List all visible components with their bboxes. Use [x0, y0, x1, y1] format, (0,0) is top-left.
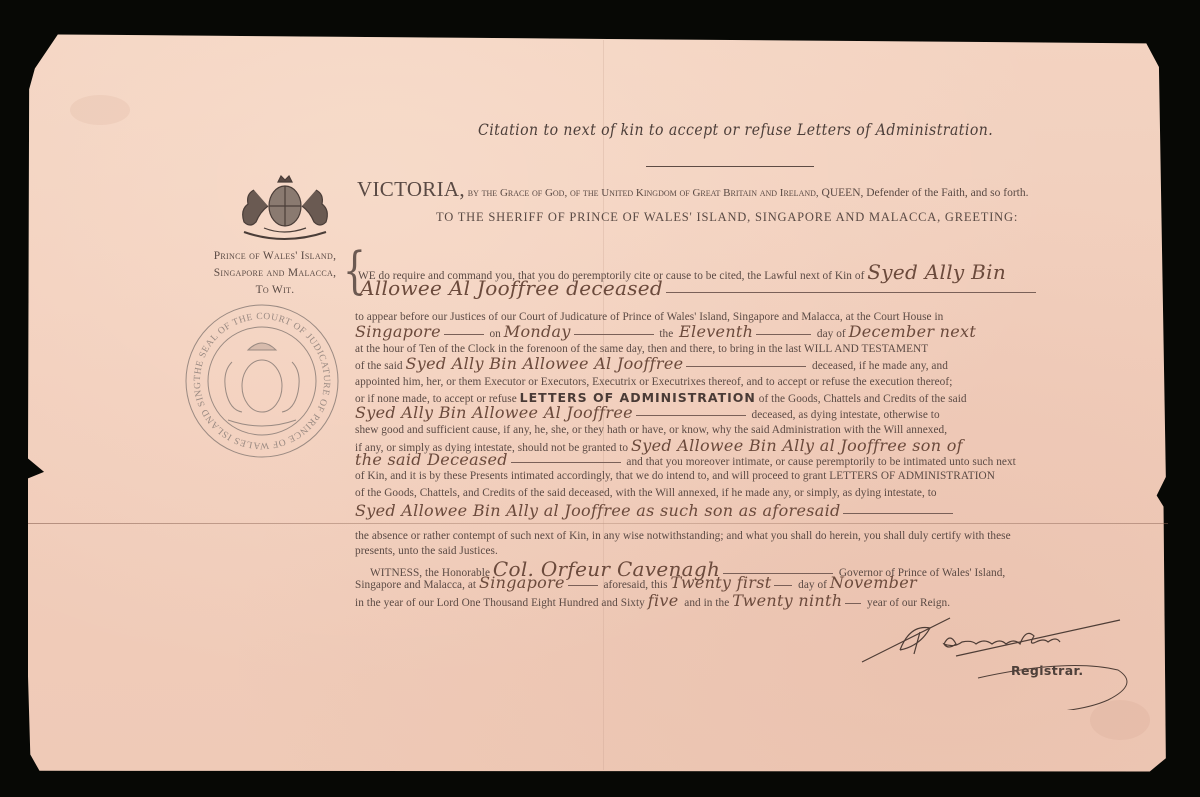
- handwritten-year: five: [648, 591, 679, 610]
- body-line-2: Allowee Al Jooffree deceased: [360, 276, 1036, 300]
- print-text: day of: [798, 579, 827, 591]
- royal-coat-of-arms-icon: [234, 170, 336, 242]
- handwritten-relation: the said Deceased: [355, 450, 508, 469]
- body-line-20: in the year of our Lord One Thousand Eig…: [355, 591, 950, 610]
- handwritten-month: November: [830, 573, 917, 592]
- jurisdiction-line-1: Prince of Wales' Island,: [200, 248, 350, 265]
- handwritten-deceased-name: Syed Ally Bin Allowee Al Jooffree: [405, 354, 683, 373]
- handwritten-place: Singapore: [355, 322, 441, 341]
- print-text: day of: [817, 328, 846, 340]
- registrar-title: Registrar.: [1011, 663, 1083, 678]
- handwritten-deceased-name: Syed Ally Bin Allowee Al Jooffree: [355, 403, 633, 422]
- jurisdiction-line-3: To Wit.: [200, 282, 350, 299]
- handwritten-day: Twenty first: [670, 573, 771, 592]
- handwritten-weekday: Monday: [504, 322, 571, 341]
- title-rule: [646, 166, 814, 167]
- jurisdiction-line-2: Singapore and Malacca,: [200, 265, 350, 282]
- body-line-9: Syed Ally Bin Allowee Al Jooffree deceas…: [355, 403, 940, 422]
- print-text: and that you moreover intimate, or cause…: [626, 456, 1015, 468]
- sovereign-line: VICTORIA, by the Grace of God, of the Un…: [357, 177, 1028, 202]
- blank-rule: [686, 365, 806, 367]
- blank-rule: [756, 333, 811, 335]
- blank-rule: [444, 333, 484, 335]
- document-title: Citation to next of kin to accept or ref…: [478, 120, 993, 139]
- print-text: and in the: [684, 597, 729, 609]
- body-line-19: Singapore and Malacca, at Singapore afor…: [355, 573, 917, 592]
- blank-rule: [774, 584, 792, 586]
- body-line-7: appointed him, her, or them Executor or …: [355, 376, 952, 388]
- print-text: the: [659, 328, 673, 340]
- svg-text:THE SEAL OF THE COURT OF JUDIC: THE SEAL OF THE COURT OF JUDICATURE OF P…: [182, 302, 331, 450]
- body-line-4: Singapore on Monday the Eleventh day of …: [355, 322, 976, 341]
- blank-rule: [568, 584, 598, 586]
- blank-rule: [666, 291, 1036, 293]
- body-line-6: of the said Syed Ally Bin Allowee Al Joo…: [355, 354, 948, 373]
- body-line-12: the said Deceased and that you moreover …: [355, 450, 1016, 469]
- body-line-17: presents, unto the said Justices.: [355, 545, 498, 557]
- handwritten-reign-year: Twenty ninth: [732, 591, 842, 610]
- greeting-line: TO THE SHERIFF OF PRINCE OF WALES' ISLAN…: [436, 210, 1018, 225]
- handwritten-deceased-name: Allowee Al Jooffree deceased: [360, 276, 663, 300]
- body-line-15: Syed Allowee Bin Ally al Jooffree as suc…: [355, 501, 953, 520]
- body-line-10: shew good and sufficient cause, if any, …: [355, 424, 947, 436]
- blank-rule: [636, 414, 746, 416]
- print-text: aforesaid, this: [603, 579, 667, 591]
- handwritten-place: Singapore: [479, 573, 565, 592]
- registrar-signature: R. Bampfylde: [860, 610, 1130, 710]
- print-text: deceased, if he made any, and: [812, 360, 948, 372]
- seal-text: THE SEAL OF THE COURT OF JUDICATURE OF P…: [182, 302, 331, 450]
- paper-stain: [70, 95, 130, 125]
- sovereign-style: by the Grace of God, of the United Kingd…: [468, 187, 819, 199]
- blank-rule: [574, 333, 654, 335]
- print-text: of the said: [355, 360, 403, 372]
- print-text: year of our Reign.: [867, 597, 950, 609]
- signatory-name: R. Bampfylde: [860, 610, 866, 611]
- handwritten-date: Eleventh: [679, 322, 753, 341]
- body-line-16: the absence or rather contempt of such n…: [355, 530, 1011, 542]
- sovereign-queen: QUEEN, Defender of the Faith, and so for…: [822, 187, 1029, 199]
- sovereign-name: VICTORIA,: [357, 177, 465, 201]
- handwritten-grantee-clause: Syed Allowee Bin Ally al Jooffree as suc…: [355, 501, 841, 520]
- blank-rule: [511, 461, 621, 463]
- jurisdiction-block: Prince of Wales' Island, Singapore and M…: [200, 248, 350, 299]
- print-text: deceased, as dying intestate, otherwise …: [752, 409, 940, 421]
- body-line-14: of the Goods, Chattels, and Credits of t…: [355, 487, 937, 499]
- handwritten-month: December next: [849, 322, 976, 341]
- horizontal-fold-line: [28, 523, 1168, 524]
- print-text: Singapore and Malacca, at: [355, 579, 476, 591]
- blank-rule: [845, 602, 861, 604]
- blank-rule: [843, 512, 953, 514]
- print-text: on: [489, 328, 500, 340]
- body-line-13: of Kin, and it is by these Presents inti…: [355, 470, 995, 482]
- print-text: in the year of our Lord One Thousand Eig…: [355, 597, 645, 609]
- court-seal-icon: THE SEAL OF THE COURT OF JUDICATURE OF P…: [182, 302, 342, 460]
